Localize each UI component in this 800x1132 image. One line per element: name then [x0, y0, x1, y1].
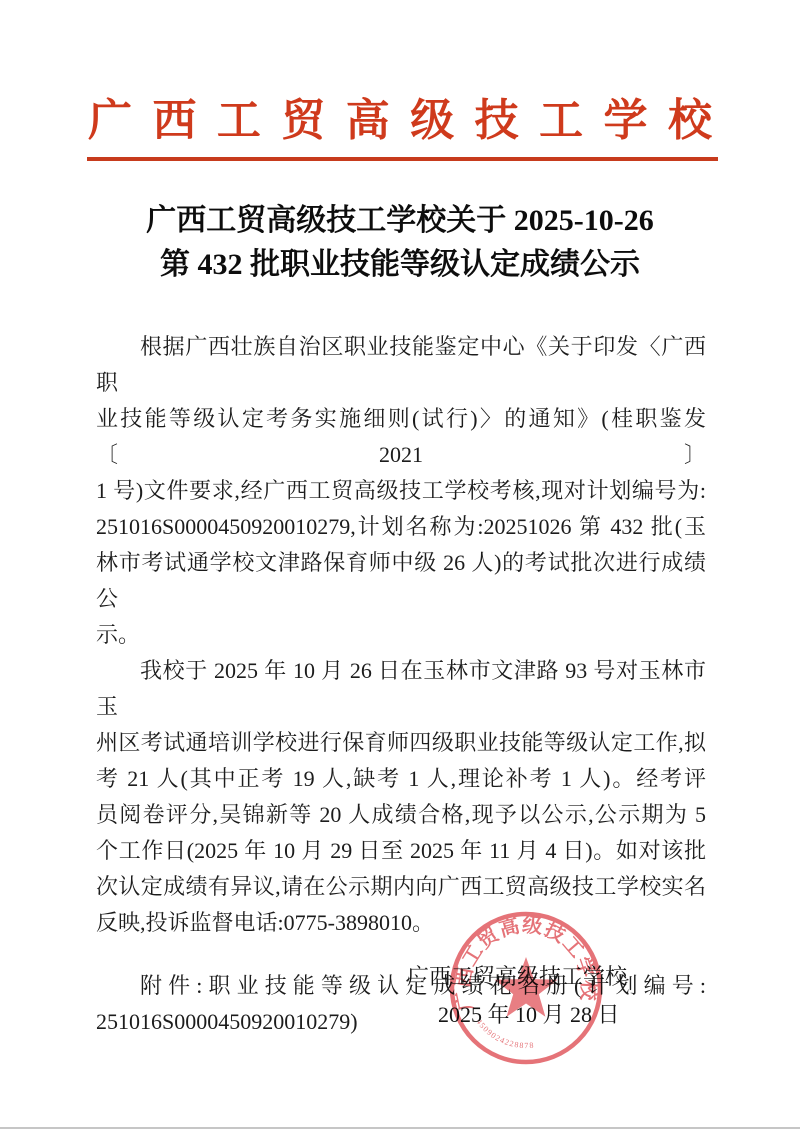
scan-bottom-edge: [0, 1127, 800, 1129]
text-line: 根据广西壮族自治区职业技能鉴定中心《关于印发〈广西职: [96, 329, 706, 401]
text-line: 个工作日(2025 年 10 月 29 日至 2025 年 11 月 4 日)。…: [96, 833, 706, 869]
signature-org-name: 广西工贸高级技工学校: [407, 963, 627, 991]
document-page: 广西工贸高级技工学校 广西工贸高级技工学校关于 2025-10-26 第 432…: [0, 0, 800, 1132]
paragraph-details: 我校于 2025 年 10 月 26 日在玉林市文津路 93 号对玉林市玉州区考…: [96, 653, 706, 941]
text-line: 林市考试通学校文津路保育师中级 26 人)的考试批次进行成绩公: [96, 545, 706, 617]
signature-date: 2025 年 10 月 28 日: [438, 1001, 620, 1029]
text-line: 业技能等级认定考务实施细则(试行)〉的通知》(桂职鉴发〔2021〕: [96, 401, 706, 473]
text-line: 次认定成绩有异议,请在公示期内向广西工贸高级技工学校实名: [96, 869, 706, 905]
notice-title-line-2: 第 432 批职业技能等级认定成绩公示: [0, 243, 800, 287]
paragraph-basis: 根据广西壮族自治区职业技能鉴定中心《关于印发〈广西职业技能等级认定考务实施细则(…: [96, 329, 706, 653]
text-line: 州区考试通培训学校进行保育师四级职业技能等级认定工作,拟: [96, 725, 706, 761]
text-line: 示。: [96, 617, 706, 653]
text-line: 我校于 2025 年 10 月 26 日在玉林市文津路 93 号对玉林市玉: [96, 653, 706, 725]
text-line: 251016S0000450920010279,计划名称为:20251026 第…: [96, 509, 706, 545]
notice-body: 根据广西壮族自治区职业技能鉴定中心《关于印发〈广西职业技能等级认定考务实施细则(…: [96, 329, 706, 1040]
text-line: 员阅卷评分,吴锦新等 20 人成绩合格,现予以公示,公示期为 5: [96, 797, 706, 833]
notice-title-line-1: 广西工贸高级技工学校关于 2025-10-26: [0, 199, 800, 243]
school-letterhead: 广西工贸高级技工学校: [88, 94, 712, 148]
text-line: 1 号)文件要求,经广西工贸高级技工学校考核,现对计划编号为:: [96, 473, 706, 509]
text-line: 反映,投诉监督电话:0775-3898010。: [96, 905, 706, 941]
letterhead-divider: [87, 157, 718, 161]
text-line: 考 21 人(其中正考 19 人,缺考 1 人,理论补考 1 人)。经考评: [96, 761, 706, 797]
notice-title: 广西工贸高级技工学校关于 2025-10-26 第 432 批职业技能等级认定成…: [0, 199, 800, 287]
